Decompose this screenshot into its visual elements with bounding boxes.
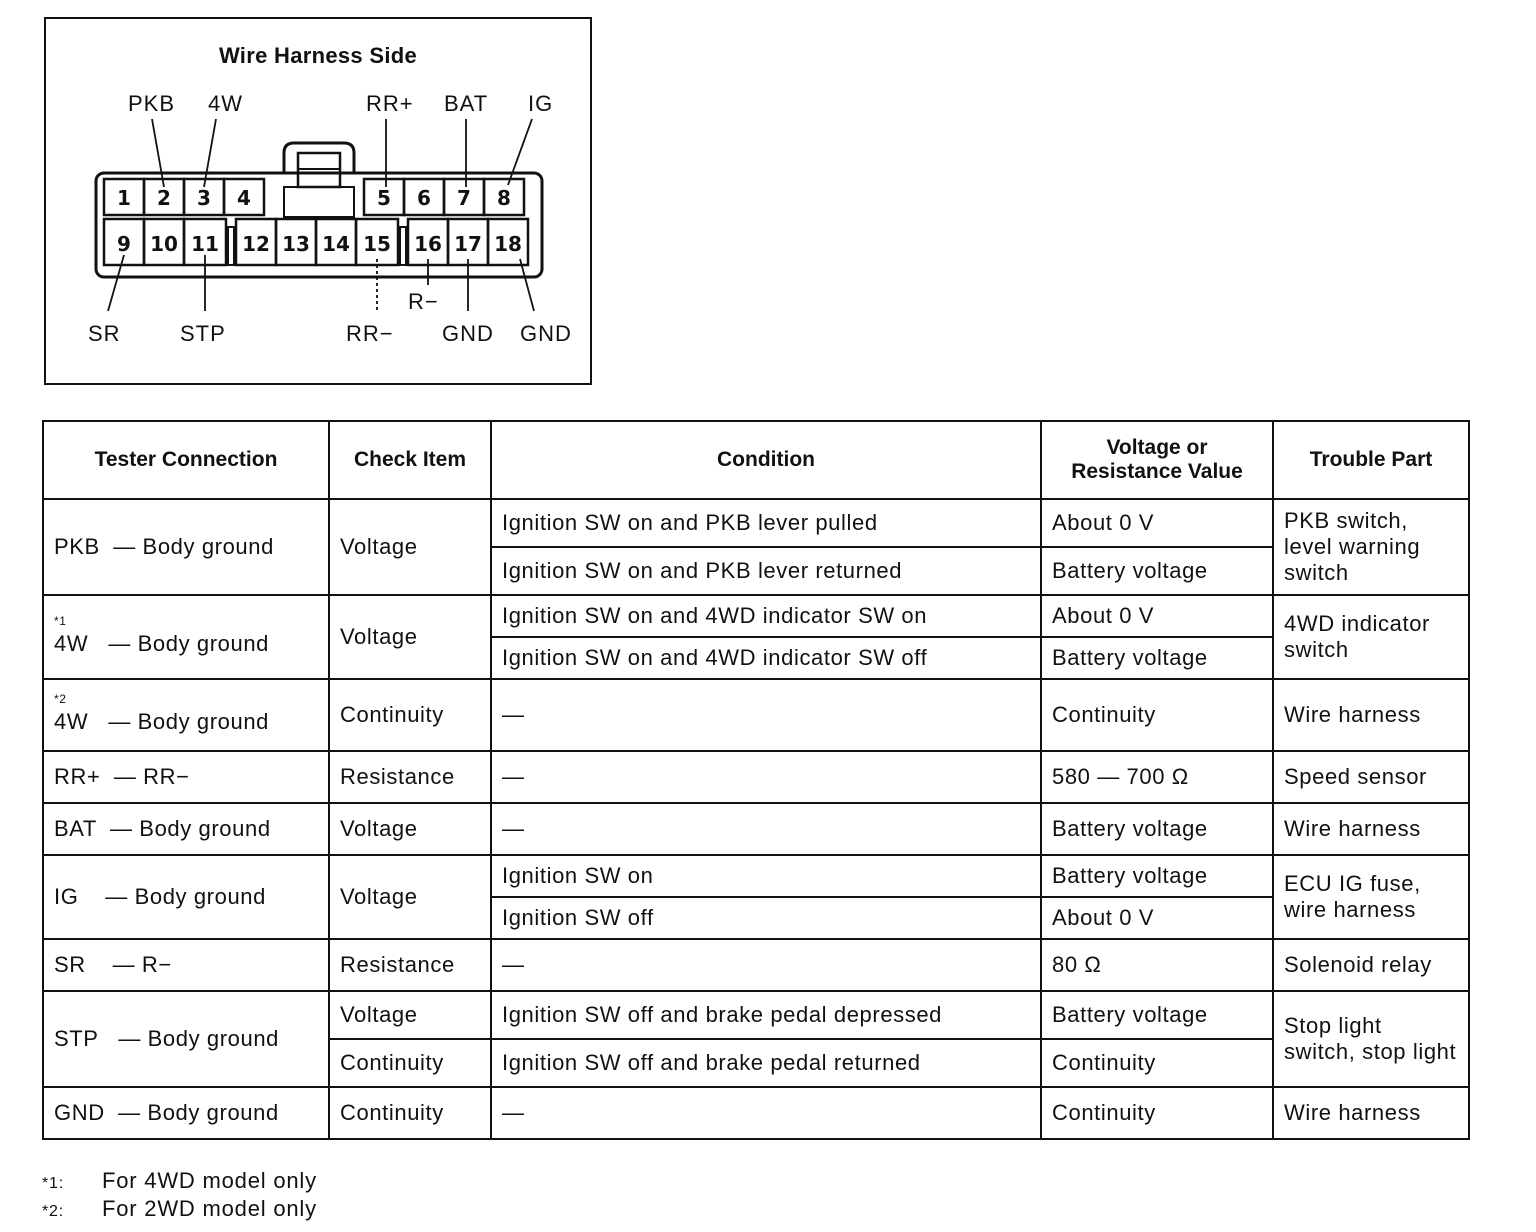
header-condition: Condition (491, 421, 1041, 499)
condition-cell: — (491, 939, 1041, 991)
value-cell: About 0 V (1041, 595, 1273, 637)
value-cell: Battery voltage (1041, 803, 1273, 855)
svg-text:17: 17 (454, 232, 482, 256)
svg-text:10: 10 (150, 232, 178, 256)
header-check-item: Check Item (329, 421, 491, 499)
check-item-cell: Voltage (329, 855, 491, 939)
tester-connection-cell: PKB — Body ground (43, 499, 329, 595)
svg-text:16: 16 (414, 232, 442, 256)
trouble-part-cell: Wire harness (1273, 803, 1469, 855)
footnote-2: *2:For 2WD model only (42, 1196, 317, 1222)
ecu-terminal-check-table: Tester Connection Check Item Condition V… (42, 420, 1470, 1140)
condition-cell: Ignition SW on and 4WD indicator SW on (491, 595, 1041, 637)
svg-text:7: 7 (457, 186, 471, 210)
trouble-part-cell: 4WD indicator switch (1273, 595, 1469, 679)
check-item-cell: Resistance (329, 751, 491, 803)
condition-cell: — (491, 803, 1041, 855)
check-item-cell: Voltage (329, 499, 491, 595)
svg-text:5: 5 (377, 186, 391, 210)
trouble-part-cell: ECU IG fuse, wire harness (1273, 855, 1469, 939)
check-item-cell: Continuity (329, 679, 491, 751)
table-row: STP — Body ground Voltage Ignition SW of… (43, 991, 1469, 1039)
value-cell: Continuity (1041, 1087, 1273, 1139)
tester-connection-cell: *24W — Body ground (43, 679, 329, 751)
table-row: RR+ — RR− Resistance — 580 — 700 Ω Speed… (43, 751, 1469, 803)
table-row: SR — R− Resistance — 80 Ω Solenoid relay (43, 939, 1469, 991)
condition-cell: Ignition SW on and PKB lever returned (491, 547, 1041, 595)
value-cell: 580 — 700 Ω (1041, 751, 1273, 803)
svg-text:4: 4 (237, 186, 251, 210)
check-item-cell: Voltage (329, 991, 491, 1039)
svg-text:11: 11 (191, 232, 219, 256)
condition-cell: Ignition SW on and 4WD indicator SW off (491, 637, 1041, 679)
svg-text:6: 6 (417, 186, 431, 210)
svg-text:2: 2 (157, 186, 171, 210)
condition-cell: — (491, 679, 1041, 751)
value-cell: Battery voltage (1041, 547, 1273, 595)
value-cell: Battery voltage (1041, 637, 1273, 679)
trouble-part-cell: Speed sensor (1273, 751, 1469, 803)
tester-connection-cell: SR — R− (43, 939, 329, 991)
svg-text:15: 15 (363, 232, 391, 256)
check-item-cell: Voltage (329, 803, 491, 855)
svg-text:18: 18 (494, 232, 522, 256)
value-cell: About 0 V (1041, 897, 1273, 939)
tester-connection-text: 4W — Body ground (54, 709, 269, 734)
trouble-part-cell: Solenoid relay (1273, 939, 1469, 991)
value-cell: Continuity (1041, 1039, 1273, 1087)
value-cell: Continuity (1041, 679, 1273, 751)
tester-connection-cell: RR+ — RR− (43, 751, 329, 803)
table-header-row: Tester Connection Check Item Condition V… (43, 421, 1469, 499)
header-value: Voltage orResistance Value (1041, 421, 1273, 499)
trouble-part-cell: Wire harness (1273, 679, 1469, 751)
trouble-part-cell: Stop light switch, stop light (1273, 991, 1469, 1087)
trouble-part-cell: Wire harness (1273, 1087, 1469, 1139)
check-item-cell: Continuity (329, 1087, 491, 1139)
check-item-cell: Continuity (329, 1039, 491, 1087)
tester-connection-cell: IG — Body ground (43, 855, 329, 939)
svg-text:9: 9 (117, 232, 131, 256)
value-cell: Battery voltage (1041, 855, 1273, 897)
header-tester-connection: Tester Connection (43, 421, 329, 499)
footnote-text: For 2WD model only (102, 1196, 317, 1221)
table-row: IG — Body ground Voltage Ignition SW on … (43, 855, 1469, 897)
condition-cell: Ignition SW off and brake pedal depresse… (491, 991, 1041, 1039)
svg-text:3: 3 (197, 186, 211, 210)
tester-connection-cell: STP — Body ground (43, 991, 329, 1087)
footnote-mark: *2: (42, 1203, 102, 1221)
condition-cell: Ignition SW on and PKB lever pulled (491, 499, 1041, 547)
footnote-marker: *2 (54, 693, 318, 705)
svg-text:1: 1 (117, 186, 131, 210)
table-row: PKB — Body ground Voltage Ignition SW on… (43, 499, 1469, 547)
header-value-line1: Voltage or (1106, 436, 1207, 459)
header-value-line2: Resistance Value (1071, 460, 1243, 483)
tester-connection-cell: *14W — Body ground (43, 595, 329, 679)
footnote-text: For 4WD model only (102, 1168, 317, 1193)
table-row: GND — Body ground Continuity — Continuit… (43, 1087, 1469, 1139)
footnote-marker: *1 (54, 615, 318, 627)
svg-text:13: 13 (282, 232, 310, 256)
table-row: *24W — Body ground Continuity — Continui… (43, 679, 1469, 751)
header-trouble-part: Trouble Part (1273, 421, 1469, 499)
condition-cell: Ignition SW off and brake pedal returned (491, 1039, 1041, 1087)
tester-connection-cell: BAT — Body ground (43, 803, 329, 855)
footnote-mark: *1: (42, 1175, 102, 1193)
condition-cell: Ignition SW on (491, 855, 1041, 897)
check-item-cell: Resistance (329, 939, 491, 991)
footnote-1: *1:For 4WD model only (42, 1168, 317, 1194)
tester-connection-cell: GND — Body ground (43, 1087, 329, 1139)
trouble-part-cell: PKB switch, level warning switch (1273, 499, 1469, 595)
value-cell: Battery voltage (1041, 991, 1273, 1039)
connector-outline-icon: 1234 5678 9101112 13141516 1718 (46, 19, 594, 387)
svg-text:8: 8 (497, 186, 511, 210)
svg-text:12: 12 (242, 232, 270, 256)
svg-text:14: 14 (322, 232, 350, 256)
condition-cell: Ignition SW off (491, 897, 1041, 939)
value-cell: About 0 V (1041, 499, 1273, 547)
condition-cell: — (491, 1087, 1041, 1139)
table-row: *14W — Body ground Voltage Ignition SW o… (43, 595, 1469, 637)
table-row: BAT — Body ground Voltage — Battery volt… (43, 803, 1469, 855)
tester-connection-text: 4W — Body ground (54, 631, 269, 656)
condition-cell: — (491, 751, 1041, 803)
connector-diagram: Wire Harness Side PKB 4W RR+ BAT IG SR S… (44, 17, 592, 385)
check-item-cell: Voltage (329, 595, 491, 679)
value-cell: 80 Ω (1041, 939, 1273, 991)
